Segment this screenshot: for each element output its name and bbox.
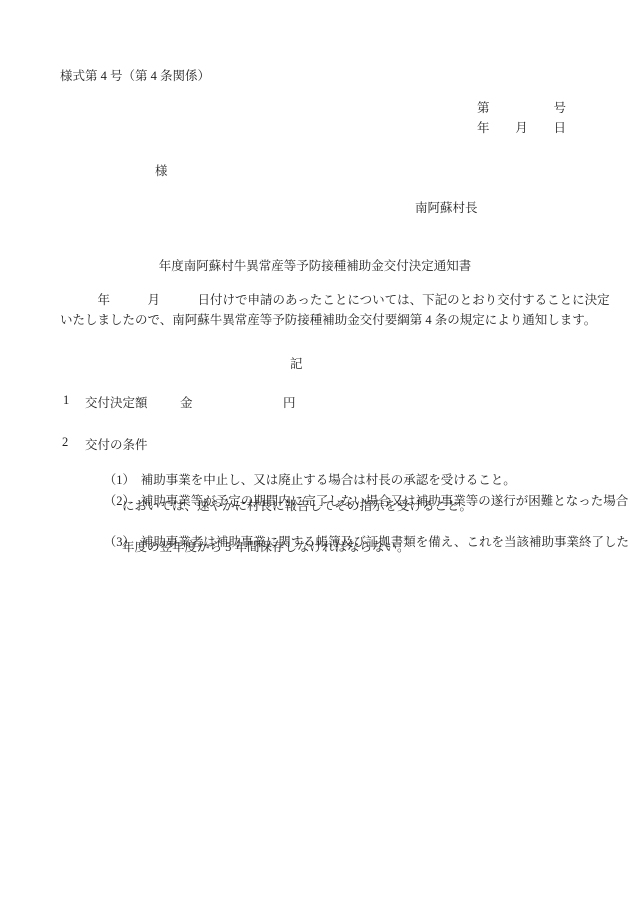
date-year-label: 年 (477, 120, 490, 140)
document-page: 様式第 4 号（第 4 条関係） 第 号 年 月 日 様 南阿蘇村長 年度南阿蘇… (0, 0, 630, 903)
condition-1-marker: （1） (104, 472, 141, 488)
record-marker: 記 (290, 354, 303, 372)
body-paragraph: 年 月 日付けで申請のあったことについては、下記のとおり交付することに決定 いた… (60, 292, 575, 332)
section2-heading: 交付の条件 (85, 435, 148, 453)
condition-item-1: （1）補助事業を中止し、又は廃止する場合は村長の承認を受けること。 (85, 456, 577, 477)
form-number-label: 様式第 4 号（第 4 条関係） (60, 66, 210, 84)
amount-currency-prefix: 金 (180, 393, 193, 411)
amount-currency-unit: 円 (283, 393, 296, 411)
conditions-list: （1）補助事業を中止し、又は廃止する場合は村長の承認を受けること。 （2）補助事… (85, 456, 577, 560)
doc-number-suffix: 号 (553, 100, 566, 120)
body-line-2: いたしましたので、南阿蘇牛異常産等予防接種補助金交付要綱第 4 条の規定により通… (60, 312, 575, 332)
doc-number-prefix: 第 (477, 100, 490, 120)
section-grant-amount: 1 交付決定額 金 円 (0, 393, 630, 411)
addressee-honorific: 様 (155, 161, 168, 179)
document-number-block: 第 号 年 月 日 (477, 100, 566, 140)
section2-number: 2 (62, 435, 68, 450)
sender-title: 南阿蘇村長 (415, 198, 478, 216)
date-month-label: 月 (515, 120, 528, 140)
section-grant-conditions-heading: 2 交付の条件 (0, 435, 630, 453)
document-title: 年度南阿蘇村牛異常産等予防接種補助金交付決定通知書 (0, 256, 630, 274)
section1-number: 1 (63, 393, 69, 408)
condition-item-3: （3）補助事業者は補助事業に関する帳簿及び証拠書類を備え、これを当該補助事業終了… (85, 518, 577, 539)
date-day-label: 日 (553, 120, 566, 140)
body-line-1: 年 月 日付けで申請のあったことについては、下記のとおり交付することに決定 (60, 292, 575, 312)
date-line: 年 月 日 (477, 120, 566, 140)
section1-heading: 交付決定額 (85, 393, 148, 411)
condition-1-text: 補助事業を中止し、又は廃止する場合は村長の承認を受けること。 (141, 473, 516, 487)
document-number-line: 第 号 (477, 100, 566, 120)
